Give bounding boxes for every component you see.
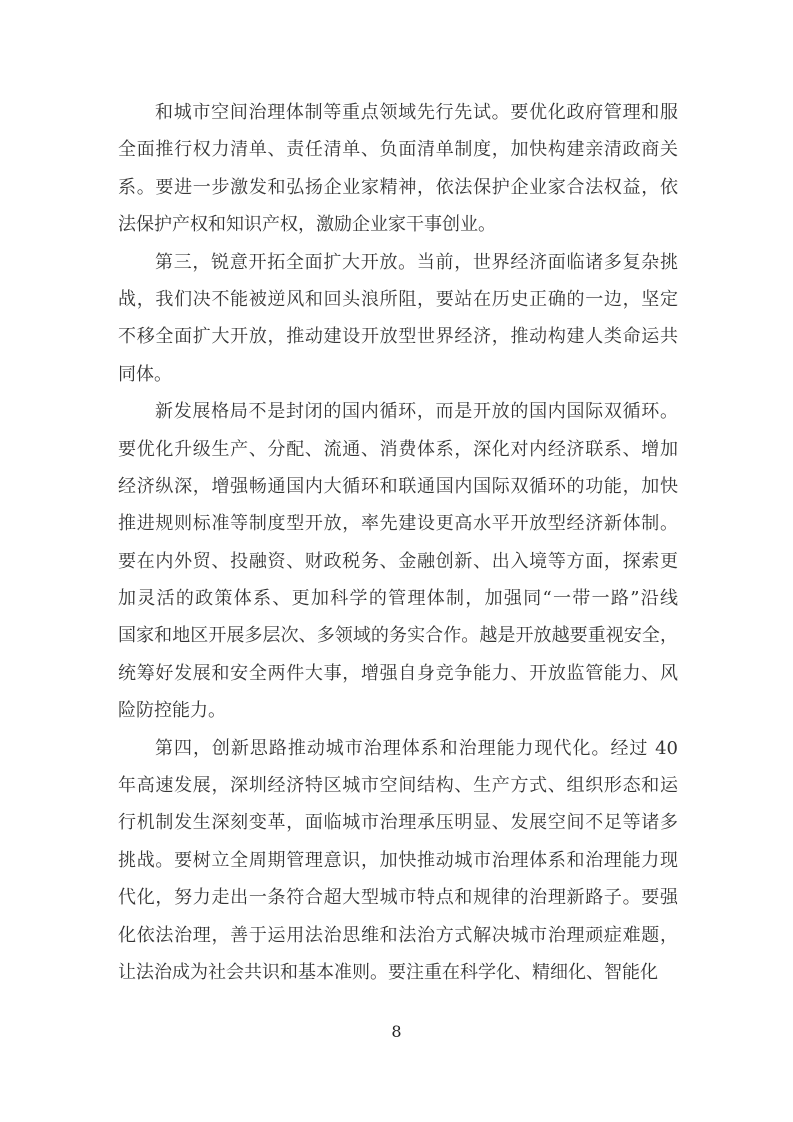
- text-line: 战，我们决不能被逆风和回头浪所阻，要站在历史正确的一边，坚定: [118, 281, 678, 318]
- paragraph: 第三，锐意开拓全面扩大开放。当前，世界经济面临诸多复杂挑战，我们决不能被逆风和回…: [118, 244, 678, 394]
- text-line: 和城市空间治理体制等重点领域先行先试。要优化政府管理和服务，: [118, 94, 678, 131]
- paragraph: 第四，创新思路推动城市治理体系和治理能力现代化。经过 40年高速发展，深圳经济特…: [118, 730, 678, 992]
- text-line: 加灵活的政策体系、更加科学的管理体制，加强同“一带一路”沿线: [118, 580, 678, 617]
- document-page: 和城市空间治理体制等重点领域先行先试。要优化政府管理和服务，全面推行权力清单、责…: [0, 0, 793, 1122]
- text-line: 同体。: [118, 356, 678, 393]
- text-line: 让法治成为社会共识和基本准则。要注重在科学化、精细化、智能化: [118, 954, 678, 991]
- text-line: 新发展格局不是封闭的国内循环，而是开放的国内国际双循环。: [118, 393, 678, 430]
- text-line: 行机制发生深刻变革，面临城市治理承压明显、发展空间不足等诸多: [118, 804, 678, 841]
- text-line: 经济纵深，增强畅通国内大循环和联通国内国际双循环的功能，加快: [118, 468, 678, 505]
- text-line: 国家和地区开展多层次、多领域的务实合作。越是开放越要重视安全，: [118, 617, 678, 654]
- text-line: 不移全面扩大开放，推动建设开放型世界经济，推动构建人类命运共: [118, 318, 678, 355]
- text-line: 统筹好发展和安全两件大事，增强自身竞争能力、开放监管能力、风: [118, 655, 678, 692]
- paragraph: 新发展格局不是封闭的国内循环，而是开放的国内国际双循环。要优化升级生产、分配、流…: [118, 393, 678, 730]
- text-line: 险防控能力。: [118, 692, 678, 729]
- page-number: 8: [0, 1022, 793, 1042]
- text-line: 第四，创新思路推动城市治理体系和治理能力现代化。经过 40: [118, 730, 678, 767]
- text-line: 推进规则标准等制度型开放，率先建设更高水平开放型经济新体制。: [118, 505, 678, 542]
- text-line: 年高速发展，深圳经济特区城市空间结构、生产方式、组织形态和运: [118, 767, 678, 804]
- body-text: 和城市空间治理体制等重点领域先行先试。要优化政府管理和服务，全面推行权力清单、责…: [118, 94, 678, 991]
- text-line: 系。要进一步激发和弘扬企业家精神，依法保护企业家合法权益，依: [118, 169, 678, 206]
- text-line: 第三，锐意开拓全面扩大开放。当前，世界经济面临诸多复杂挑: [118, 244, 678, 281]
- text-line: 法保护产权和知识产权，激励企业家干事创业。: [118, 206, 678, 243]
- text-line: 代化，努力走出一条符合超大型城市特点和规律的治理新路子。要强: [118, 879, 678, 916]
- text-line: 全面推行权力清单、责任清单、负面清单制度，加快构建亲清政商关: [118, 131, 678, 168]
- text-line: 挑战。要树立全周期管理意识，加快推动城市治理体系和治理能力现: [118, 842, 678, 879]
- text-line: 要在内外贸、投融资、财政税务、金融创新、出入境等方面，探索更: [118, 543, 678, 580]
- text-line: 化依法治理，善于运用法治思维和法治方式解决城市治理顽症难题，: [118, 917, 678, 954]
- text-line: 要优化升级生产、分配、流通、消费体系，深化对内经济联系、增加: [118, 431, 678, 468]
- paragraph: 和城市空间治理体制等重点领域先行先试。要优化政府管理和服务，全面推行权力清单、责…: [118, 94, 678, 244]
